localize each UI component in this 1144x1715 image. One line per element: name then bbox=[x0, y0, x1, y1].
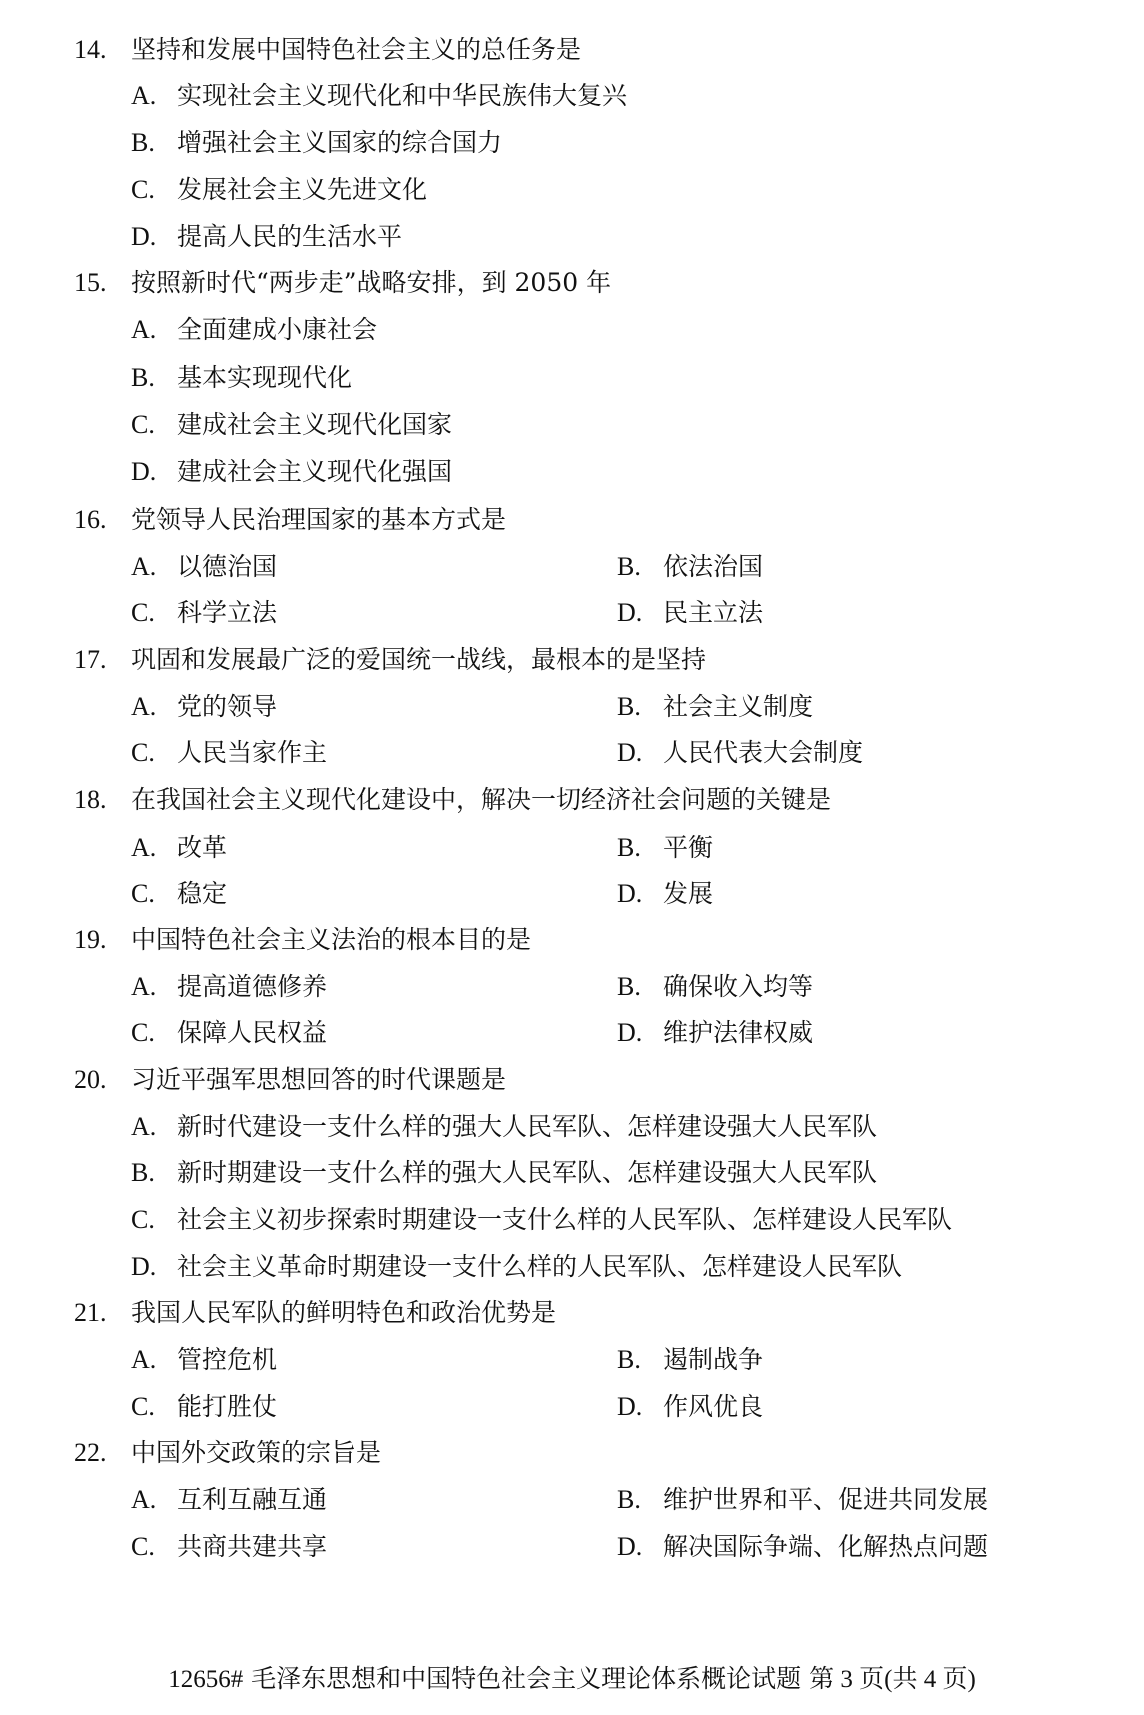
question-text: 按照新时代“两步走”战略安排，到 2050 年 bbox=[131, 260, 611, 306]
option-a: A.改革 bbox=[131, 825, 227, 871]
option-row: C.能打胜仗 D.作风优良 bbox=[0, 1384, 1144, 1430]
option-c: C.科学立法 bbox=[131, 590, 277, 636]
option-row: B.增强社会主义国家的综合国力 bbox=[0, 120, 1144, 166]
option-row: D.社会主义革命时期建设一支什么样的人民军队、怎样建设人民军队 bbox=[0, 1244, 1144, 1290]
question-22: 22. 中国外交政策的宗旨是 bbox=[0, 1430, 1144, 1476]
option-c: C.能打胜仗 bbox=[131, 1384, 277, 1430]
question-number: 17. bbox=[74, 637, 107, 683]
option-a: A.实现社会主义现代化和中华民族伟大复兴 bbox=[131, 73, 627, 119]
option-row: A.党的领导 B.社会主义制度 bbox=[0, 684, 1144, 730]
question-text: 中国特色社会主义法治的根本目的是 bbox=[131, 917, 531, 963]
option-c: C.保障人民权益 bbox=[131, 1010, 327, 1056]
option-d: D.解决国际争端、化解热点问题 bbox=[617, 1524, 988, 1570]
question-text: 坚持和发展中国特色社会主义的总任务是 bbox=[131, 27, 581, 73]
question-number: 16. bbox=[74, 497, 107, 543]
exam-page: 14. 坚持和发展中国特色社会主义的总任务是 A.实现社会主义现代化和中华民族伟… bbox=[0, 0, 1144, 1715]
option-row: C.共商共建共享 D.解决国际争端、化解热点问题 bbox=[0, 1524, 1144, 1570]
question-text: 中国外交政策的宗旨是 bbox=[131, 1430, 381, 1476]
option-d: D.提高人民的生活水平 bbox=[131, 214, 402, 260]
page-indicator: 第 3 页(共 4 页) bbox=[809, 1666, 976, 1693]
option-b: B.确保收入均等 bbox=[617, 964, 813, 1010]
question-number: 22. bbox=[74, 1430, 107, 1476]
question-17: 17. 巩固和发展最广泛的爱国统一战线，最根本的是坚持 bbox=[0, 637, 1144, 683]
option-a: A.互利互融互通 bbox=[131, 1477, 327, 1523]
option-row: C.稳定 D.发展 bbox=[0, 871, 1144, 917]
option-row: C.保障人民权益 D.维护法律权威 bbox=[0, 1010, 1144, 1056]
question-21: 21. 我国人民军队的鲜明特色和政治优势是 bbox=[0, 1290, 1144, 1336]
option-b: B.依法治国 bbox=[617, 544, 763, 590]
question-text: 在我国社会主义现代化建设中，解决一切经济社会问题的关键是 bbox=[131, 777, 831, 823]
option-c: C.人民当家作主 bbox=[131, 730, 327, 776]
option-c: C.社会主义初步探索时期建设一支什么样的人民军队、怎样建设人民军队 bbox=[131, 1197, 952, 1243]
option-b: B.维护世界和平、促进共同发展 bbox=[617, 1477, 988, 1523]
question-number: 21. bbox=[74, 1290, 107, 1336]
option-row: A.改革 B.平衡 bbox=[0, 825, 1144, 871]
question-number: 19. bbox=[74, 917, 107, 963]
option-b: B.遏制战争 bbox=[617, 1337, 763, 1383]
option-a: A.提高道德修养 bbox=[131, 964, 327, 1010]
option-a: A.全面建成小康社会 bbox=[131, 307, 377, 353]
option-row: A.互利互融互通 B.维护世界和平、促进共同发展 bbox=[0, 1477, 1144, 1523]
question-number: 20. bbox=[74, 1057, 107, 1103]
option-b: B.平衡 bbox=[617, 825, 713, 871]
question-text: 党领导人民治理国家的基本方式是 bbox=[131, 497, 506, 543]
option-b: B.新时期建设一支什么样的强大人民军队、怎样建设强大人民军队 bbox=[131, 1150, 877, 1196]
option-row: A.实现社会主义现代化和中华民族伟大复兴 bbox=[0, 73, 1144, 119]
question-19: 19. 中国特色社会主义法治的根本目的是 bbox=[0, 917, 1144, 963]
option-row: D.建成社会主义现代化强国 bbox=[0, 449, 1144, 495]
page-footer: 12656# 毛泽东思想和中国特色社会主义理论体系概论试题 第 3 页(共 4 … bbox=[0, 1656, 1144, 1702]
question-14: 14. 坚持和发展中国特色社会主义的总任务是 bbox=[0, 27, 1144, 73]
option-a: A.管控危机 bbox=[131, 1337, 277, 1383]
exam-title: 毛泽东思想和中国特色社会主义理论体系概论试题 bbox=[251, 1664, 801, 1693]
option-d: D.维护法律权威 bbox=[617, 1010, 813, 1056]
option-d: D.民主立法 bbox=[617, 590, 763, 636]
option-row: C.人民当家作主 D.人民代表大会制度 bbox=[0, 730, 1144, 776]
option-row: A.管控危机 B.遏制战争 bbox=[0, 1337, 1144, 1383]
option-a: A.以德治国 bbox=[131, 544, 277, 590]
option-row: C.科学立法 D.民主立法 bbox=[0, 590, 1144, 636]
option-row: D.提高人民的生活水平 bbox=[0, 214, 1144, 260]
option-d: D.建成社会主义现代化强国 bbox=[131, 449, 452, 495]
option-c: C.共商共建共享 bbox=[131, 1524, 327, 1570]
question-16: 16. 党领导人民治理国家的基本方式是 bbox=[0, 497, 1144, 543]
exam-code: 12656# bbox=[168, 1666, 243, 1693]
option-a: A.新时代建设一支什么样的强大人民军队、怎样建设强大人民军队 bbox=[131, 1104, 877, 1150]
option-row: C.建成社会主义现代化国家 bbox=[0, 402, 1144, 448]
question-text: 习近平强军思想回答的时代课题是 bbox=[131, 1057, 506, 1103]
option-row: C.社会主义初步探索时期建设一支什么样的人民军队、怎样建设人民军队 bbox=[0, 1197, 1144, 1243]
option-b: B.增强社会主义国家的综合国力 bbox=[131, 120, 502, 166]
option-d: D.社会主义革命时期建设一支什么样的人民军队、怎样建设人民军队 bbox=[131, 1244, 902, 1290]
option-row: A.以德治国 B.依法治国 bbox=[0, 544, 1144, 590]
option-c: C.建成社会主义现代化国家 bbox=[131, 402, 452, 448]
option-row: A.新时代建设一支什么样的强大人民军队、怎样建设强大人民军队 bbox=[0, 1104, 1144, 1150]
option-row: A.全面建成小康社会 bbox=[0, 307, 1144, 353]
option-d: D.人民代表大会制度 bbox=[617, 730, 863, 776]
question-text: 我国人民军队的鲜明特色和政治优势是 bbox=[131, 1290, 556, 1336]
question-number: 14. bbox=[74, 27, 107, 73]
question-text: 巩固和发展最广泛的爱国统一战线，最根本的是坚持 bbox=[131, 637, 706, 683]
question-number: 15. bbox=[74, 260, 107, 306]
option-row: C.发展社会主义先进文化 bbox=[0, 167, 1144, 213]
option-row: B.基本实现现代化 bbox=[0, 355, 1144, 401]
option-row: A.提高道德修养 B.确保收入均等 bbox=[0, 964, 1144, 1010]
question-15: 15. 按照新时代“两步走”战略安排，到 2050 年 bbox=[0, 260, 1144, 306]
option-row: B.新时期建设一支什么样的强大人民军队、怎样建设强大人民军队 bbox=[0, 1150, 1144, 1196]
option-c: C.稳定 bbox=[131, 871, 227, 917]
option-a: A.党的领导 bbox=[131, 684, 277, 730]
option-b: B.社会主义制度 bbox=[617, 684, 813, 730]
question-number: 18. bbox=[74, 777, 107, 823]
question-18: 18. 在我国社会主义现代化建设中，解决一切经济社会问题的关键是 bbox=[0, 777, 1144, 823]
option-c: C.发展社会主义先进文化 bbox=[131, 167, 427, 213]
option-d: D.作风优良 bbox=[617, 1384, 763, 1430]
option-b: B.基本实现现代化 bbox=[131, 355, 352, 401]
option-d: D.发展 bbox=[617, 871, 713, 917]
question-20: 20. 习近平强军思想回答的时代课题是 bbox=[0, 1057, 1144, 1103]
